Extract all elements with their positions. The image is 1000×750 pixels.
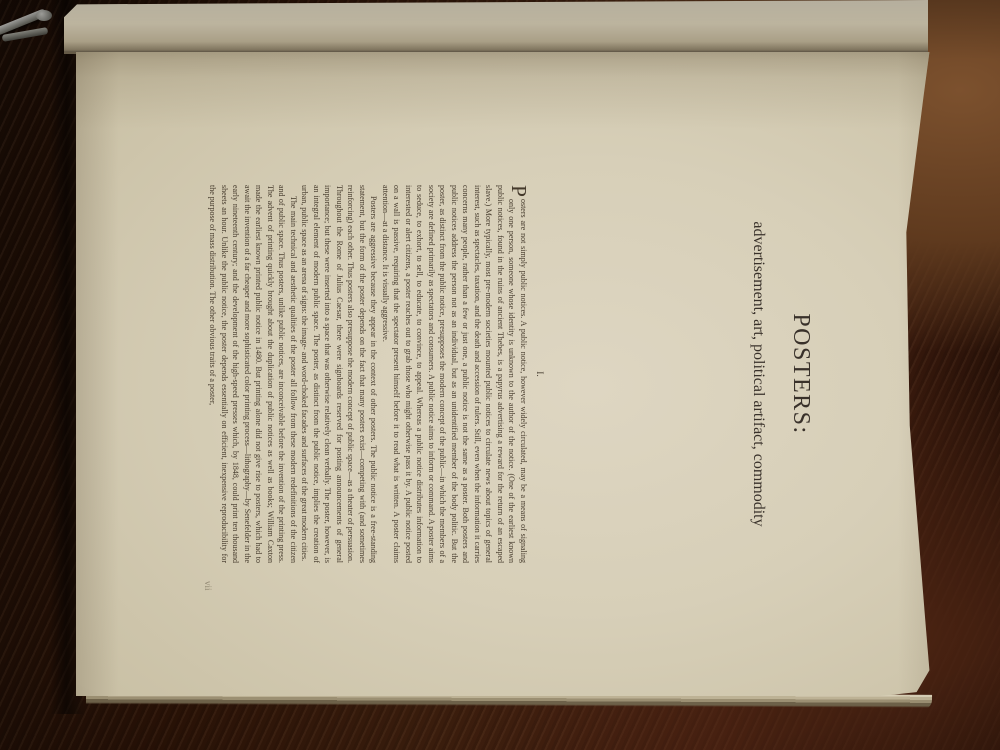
paragraph: The main technical and aesthetic qualiti… xyxy=(207,185,299,563)
photo-of-open-book: POSTERS: advertisement, art, political a… xyxy=(0,0,1000,750)
drop-cap: P xyxy=(509,185,529,199)
page-content: POSTERS: advertisement, art, political a… xyxy=(76,51,932,697)
paragraph: Posters are not simply public notices. A… xyxy=(380,185,530,563)
book-page: POSTERS: advertisement, art, political a… xyxy=(76,52,932,696)
page-title: POSTERS: xyxy=(787,51,814,697)
paragraph-text: osters are not simply public notices. A … xyxy=(381,185,528,563)
paragraph: Posters are aggressive because they appe… xyxy=(299,185,380,563)
section-numeral: I. xyxy=(534,51,544,697)
facing-page-edge xyxy=(64,0,928,54)
page-number: vii xyxy=(203,581,213,591)
body-text: Posters are not simply public notices. A… xyxy=(207,185,529,563)
page-subtitle: advertisement, art, political artifact, … xyxy=(749,51,767,697)
